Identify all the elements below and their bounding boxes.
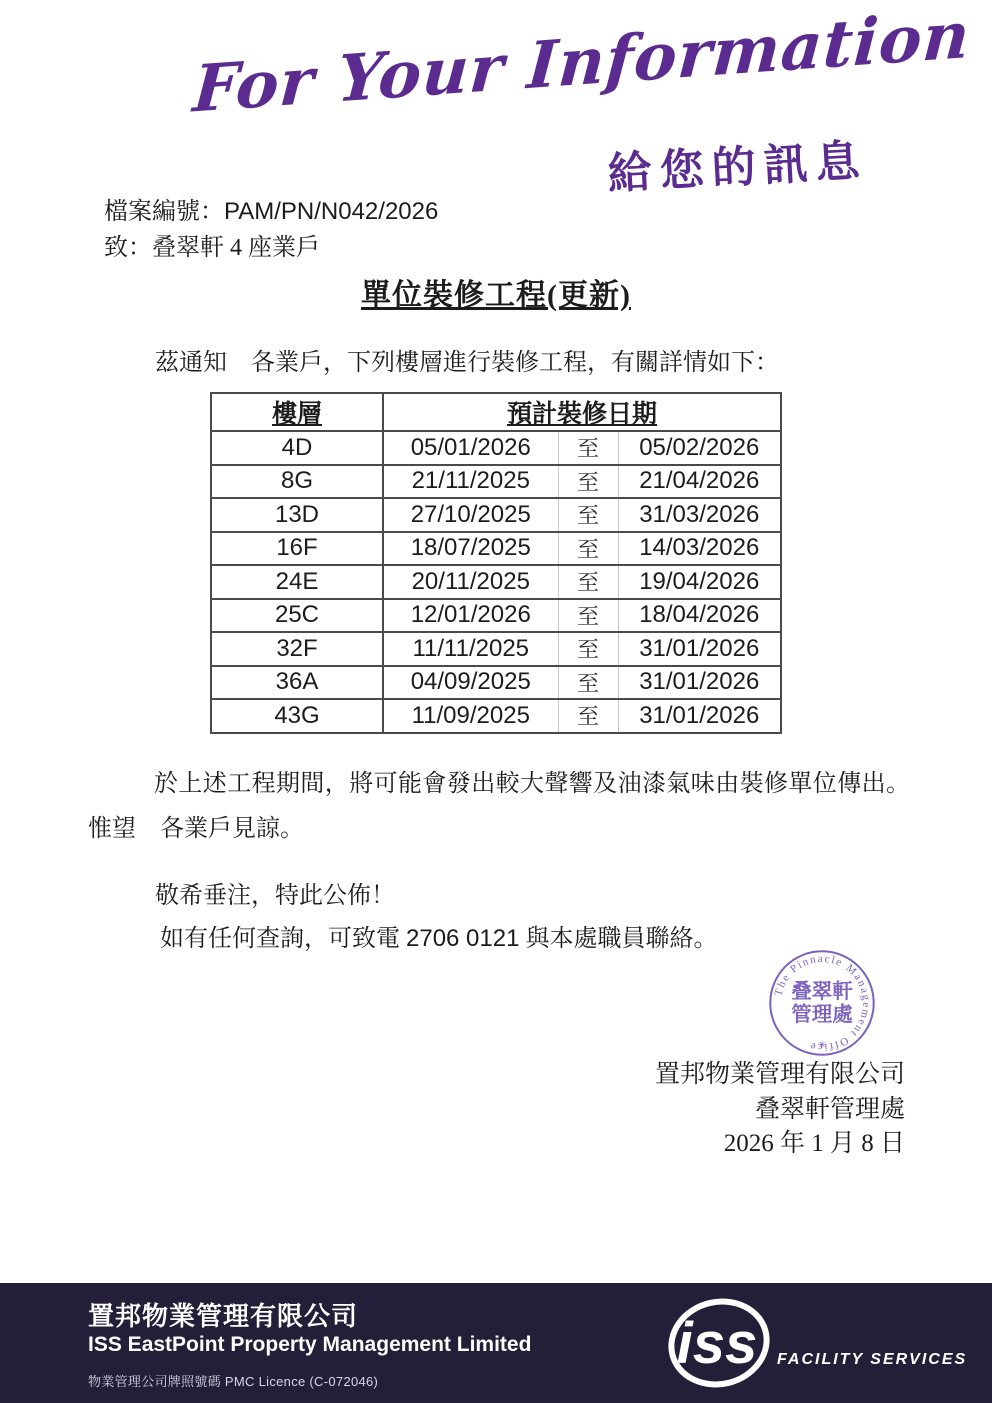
start-date-cell: 04/09/2025	[383, 666, 558, 700]
addressee-label: 致：	[104, 235, 152, 261]
start-date-cell: 11/09/2025	[383, 699, 558, 733]
footer-licence-number: 物業管理公司牌照號碼 PMC Licence (C-072046)	[88, 1371, 378, 1390]
file-number-line: 檔案編號：PAM/PN/N042/2026	[104, 191, 438, 226]
renovation-table-body: 4D05/01/2026至05/02/20268G21/11/2025至21/0…	[211, 431, 781, 733]
iss-logo-icon: iss	[655, 1291, 795, 1395]
floor-column-header: 樓層	[211, 393, 383, 431]
table-row: 8G21/11/2025至21/04/2026	[211, 465, 781, 499]
to-word-cell: 至	[558, 532, 618, 566]
signature-date: 2026 年 1 月 8 日	[724, 1123, 905, 1159]
end-date-cell: 19/04/2026	[618, 565, 781, 599]
enquiry-suffix: 與本處職員聯絡。	[519, 926, 717, 952]
end-date-cell: 05/02/2026	[618, 431, 781, 465]
start-date-cell: 27/10/2025	[383, 498, 558, 532]
notice-title: 單位裝修工程(更新)	[0, 270, 992, 314]
end-date-cell: 14/03/2026	[618, 532, 781, 566]
floor-cell: 13D	[211, 498, 383, 532]
signature-company: 置邦物業管理有限公司	[655, 1054, 905, 1090]
footer-bar: 置邦物業管理有限公司 ISS EastPoint Property Manage…	[0, 1283, 992, 1403]
renovation-schedule-table: 樓層 預計裝修日期 4D05/01/2026至05/02/20268G21/11…	[210, 392, 782, 734]
table-row: 24E20/11/2025至19/04/2026	[211, 565, 781, 599]
floor-cell: 25C	[211, 599, 383, 633]
footer-company-chinese: 置邦物業管理有限公司	[88, 1296, 358, 1333]
intro-paragraph: 茲通知 各業戶，下列樓層進行裝修工程，有關詳情如下：	[155, 342, 779, 377]
to-word-cell: 至	[558, 431, 618, 465]
footer-logo-tagline: FACILITY SERVICES	[777, 1351, 967, 1369]
to-word-cell: 至	[558, 565, 618, 599]
start-date-cell: 18/07/2025	[383, 532, 558, 566]
to-word-cell: 至	[558, 599, 618, 633]
table-row: 32F11/11/2025至31/01/2026	[211, 632, 781, 666]
end-date-cell: 18/04/2026	[618, 599, 781, 633]
to-word-cell: 至	[558, 666, 618, 700]
floor-cell: 4D	[211, 431, 383, 465]
end-date-cell: 31/03/2026	[618, 498, 781, 532]
floor-cell: 43G	[211, 699, 383, 733]
floor-cell: 36A	[211, 666, 383, 700]
table-row: 43G11/09/2025至31/01/2026	[211, 699, 781, 733]
file-number-label: 檔案編號：	[104, 199, 224, 225]
to-word-cell: 至	[558, 465, 618, 499]
table-row: 25C12/01/2026至18/04/2026	[211, 599, 781, 633]
fyi-chinese-calligraphy: 給您的訊息	[606, 124, 869, 202]
floor-cell: 16F	[211, 532, 383, 566]
start-date-cell: 12/01/2026	[383, 599, 558, 633]
end-date-cell: 31/01/2026	[618, 699, 781, 733]
fyi-script-heading: For Your Information	[191, 10, 795, 127]
floor-cell: 24E	[211, 565, 383, 599]
table-row: 16F18/07/2025至14/03/2026	[211, 532, 781, 566]
start-date-cell: 11/11/2025	[383, 632, 558, 666]
body-paragraph: 於上述工程期間，將可能會發出較大聲響及油漆氣味由裝修單位傳出。惟望 各業戶見諒。	[88, 762, 910, 852]
management-office-stamp: The Pinnacle Management Office 叠翠軒 管理處 ✳	[755, 948, 889, 1058]
enquiry-prefix: 如有任何查詢，可致電	[160, 926, 406, 952]
file-number-value: PAM/PN/N042/2026	[224, 198, 438, 225]
table-row: 13D27/10/2025至31/03/2026	[211, 498, 781, 532]
addressee-line: 致：叠翠軒 4 座業戶	[104, 227, 320, 262]
end-date-cell: 31/01/2026	[618, 666, 781, 700]
signature-office: 叠翠軒管理處	[755, 1089, 905, 1125]
stamp-center-line1: 叠翠軒	[791, 979, 853, 1003]
start-date-cell: 05/01/2026	[383, 431, 558, 465]
enquiry-line: 如有任何查詢，可致電 2706 0121 與本處職員聯絡。	[160, 918, 717, 953]
end-date-cell: 31/01/2026	[618, 632, 781, 666]
floor-cell: 32F	[211, 632, 383, 666]
table-row: 4D05/01/2026至05/02/2026	[211, 431, 781, 465]
footer-company-english: ISS EastPoint Property Management Limite…	[88, 1333, 531, 1357]
to-word-cell: 至	[558, 498, 618, 532]
to-word-cell: 至	[558, 699, 618, 733]
closing-note: 敬希垂注，特此公佈！	[155, 875, 395, 910]
dates-column-header: 預計裝修日期	[383, 393, 781, 431]
start-date-cell: 21/11/2025	[383, 465, 558, 499]
table-header-row: 樓層 預計裝修日期	[211, 393, 781, 431]
stamp-center-line2: 管理處	[791, 1002, 853, 1026]
stamp-star-icon: ✳	[818, 1040, 826, 1051]
addressee-value: 叠翠軒 4 座業戶	[152, 235, 320, 261]
table-row: 36A04/09/2025至31/01/2026	[211, 666, 781, 700]
notice-document: For Your Information 給您的訊息 檔案編號：PAM/PN/N…	[0, 0, 992, 1403]
iss-logo-text: iss	[677, 1311, 758, 1376]
enquiry-phone-number: 2706 0121	[406, 925, 519, 952]
to-word-cell: 至	[558, 632, 618, 666]
floor-cell: 8G	[211, 465, 383, 499]
end-date-cell: 21/04/2026	[618, 465, 781, 499]
start-date-cell: 20/11/2025	[383, 565, 558, 599]
